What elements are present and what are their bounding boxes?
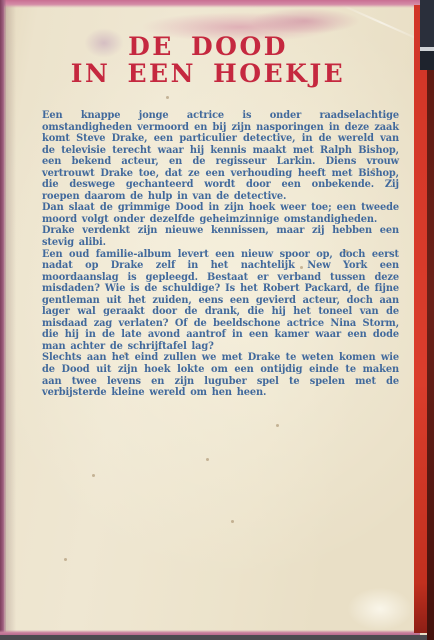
book-edge-top [0,0,420,8]
right-edge-shadow [427,68,434,640]
blurb-paragraph: Slechts aan het eind zullen we met Drake… [42,352,399,398]
blurb-paragraph: Dan slaat de grimmige Dood in zijn hoek … [42,202,399,225]
book-title-line2: IN EEN HOEKJE [0,60,416,87]
book-edge-left [0,0,6,640]
blurb-paragraph: Drake verdenkt zijn nieuwe kennissen, ma… [42,225,399,248]
jacket-fold-shadow [5,0,19,640]
background-surface-strip [0,635,434,640]
back-cover-blurb: Een knappe jonge actrice is onder raadse… [42,110,399,399]
book-title: DE DOOD IN EEN HOEKJE [0,33,416,87]
book-title-line1: DE DOOD [0,33,416,60]
blurb-paragraph: Een oud familie-album levert een nieuw s… [42,249,399,353]
dark-corner-edge [420,0,434,70]
red-cloth-spine-edge [414,5,427,633]
blurb-paragraph: Een knappe jonge actrice is onder raadse… [42,110,399,202]
book-back-cover-photo: DE DOOD IN EEN HOEKJE Een knappe jonge a… [0,0,434,640]
